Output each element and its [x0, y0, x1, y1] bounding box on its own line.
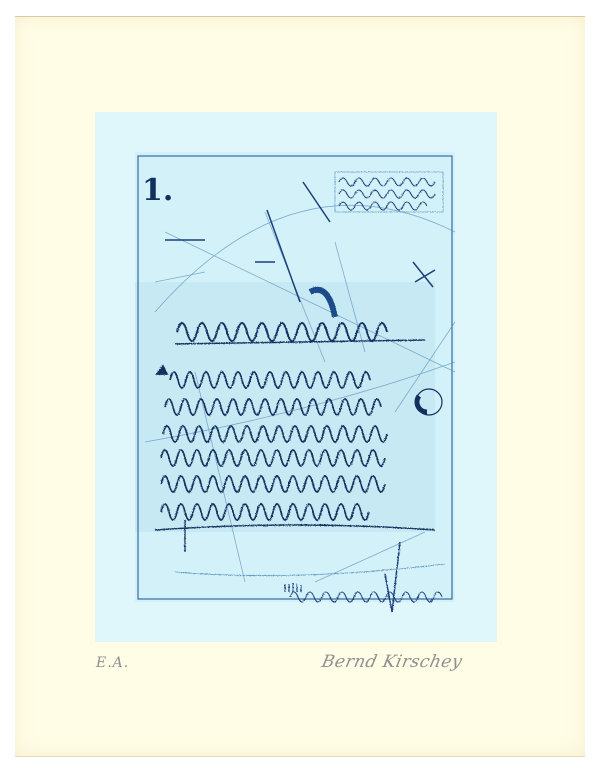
artist-signature: Bernd Kirschey — [320, 652, 464, 672]
edition-mark: E.A. — [96, 655, 129, 671]
etching-artwork: 1. — [95, 112, 497, 642]
etching-plate: 1. — [95, 112, 497, 642]
plate-number: 1. — [142, 173, 173, 208]
